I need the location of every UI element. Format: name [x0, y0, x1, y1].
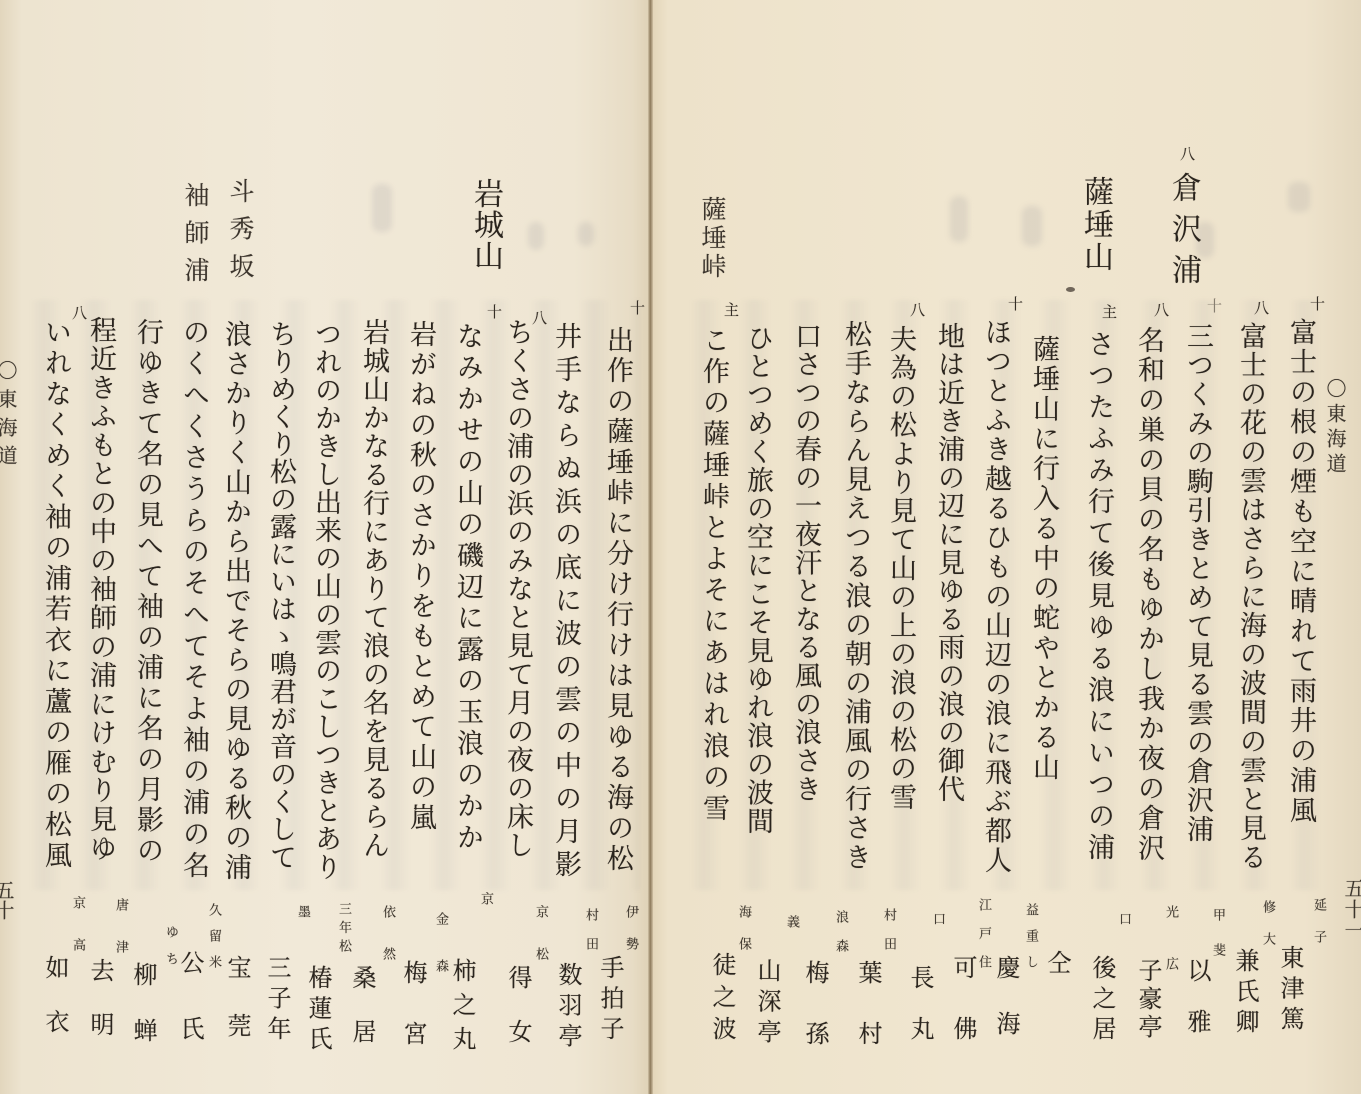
place-heading-slope: 斗秀坂: [222, 178, 258, 278]
place-heading-sodeshi: 袖師浦: [177, 182, 213, 282]
bleed-through-mark: [1288, 182, 1310, 212]
poem-mark: [956, 300, 974, 318]
poet-note: 海保: [733, 905, 753, 950]
running-title-left: 〇東海道: [0, 360, 19, 465]
poet-note: ゆち: [160, 925, 180, 965]
poem-column: ちくさの浦の浜のみなと見て月の夜の床し: [497, 318, 537, 858]
bleed-through-mark: [950, 196, 968, 242]
poet-name: 去明: [84, 958, 116, 1036]
heading-mark: 八: [1178, 146, 1196, 164]
poet-name: 子豪亭: [1132, 958, 1164, 1038]
poet-name: 慶海: [990, 955, 1022, 1035]
poem-mark: 十: [628, 300, 646, 318]
poem-column: 松手ならん見えつる浪の朝の浦風の行さき: [835, 320, 875, 870]
ink-smudge: [1066, 287, 1075, 292]
poet-name: 可佛: [947, 955, 979, 1040]
book-gutter: [648, 0, 653, 1094]
poem-mark: [812, 300, 830, 318]
poet-note: 京: [475, 892, 495, 912]
poem-mark: [764, 300, 782, 318]
poet-name: 後之居: [1086, 955, 1118, 1040]
poet-note: 口: [927, 912, 947, 930]
poem-mark: 主: [1100, 304, 1118, 322]
poet-note: 久留米: [203, 903, 223, 968]
poet-note: 唐津: [110, 898, 130, 953]
poet-note: 修大: [1257, 900, 1277, 945]
poem-mark: 八: [908, 302, 926, 320]
poem-column: 夫為の松より見て山の上の浪の松の雪: [880, 325, 920, 810]
poet-name: 以雅: [1181, 958, 1213, 1033]
poet-name: 柿之丸: [446, 958, 478, 1050]
poet-note: 京松: [530, 905, 550, 960]
bleed-through-mark: [528, 222, 544, 250]
poet-note: 延子: [1308, 898, 1328, 943]
poet-name: 兼氏卿: [1229, 948, 1261, 1033]
place-heading-sattayama: 薩埵山: [1075, 176, 1115, 271]
place-heading-kurasawa: 倉沢浦: [1163, 172, 1203, 284]
bleed-through-mark: [372, 184, 392, 232]
poem-column: ほつとふき越るひもの山辺の浪に飛ぶ都人: [975, 318, 1015, 873]
poem-mark: [430, 300, 448, 318]
poet-note: 村田: [878, 908, 898, 950]
running-title-right: 〇東海道: [1322, 378, 1348, 473]
poem-column: 富士の花の雲はさらに海の波間の雲と見る: [1230, 322, 1270, 870]
poem-mark: 十: [1006, 296, 1024, 314]
poet-note: 墨: [292, 905, 312, 927]
poem-column: 地は近き浦の辺に見ゆる雨の浪の御代: [928, 322, 968, 802]
poem-column: 程近きふもとの中の袖師の浦にけむり見ゆ: [80, 316, 120, 861]
poet-name: 梅宮: [397, 960, 429, 1045]
poem-mark: 八: [1252, 300, 1270, 318]
poem-column: 行ゆきて名の見へて袖の浦に名の月影の: [127, 318, 167, 863]
poem-column: 三つくみの駒引きとめて見る雲の倉沢浦: [1177, 322, 1217, 842]
poem-column: 口さつの春の一夜汗となる風の浪さき: [785, 322, 825, 802]
poem-column: さつたふみ行て後見ゆる浪にいつの浦: [1078, 330, 1118, 860]
bleed-through-mark: [578, 222, 594, 246]
poet-name: 桑居: [346, 965, 378, 1043]
poem-mark: [290, 300, 308, 318]
poet-name: 徒之波: [706, 952, 738, 1040]
poem-column: 名和の巣の貝の名もゆかし我か夜の倉沢: [1128, 326, 1168, 861]
poet-note: [1060, 905, 1080, 925]
poet-name: 葉村: [852, 960, 884, 1045]
poet-note: 三年松: [333, 902, 353, 952]
poet-note: 京高: [67, 896, 87, 951]
poem-mark: [157, 300, 175, 318]
place-heading-iwakiyama: 岩城山: [465, 178, 505, 270]
bleed-through-mark: [1022, 206, 1042, 246]
poem-mark: [245, 300, 263, 318]
poet-note: 口: [1113, 912, 1133, 930]
poet-name: 柳蝉: [127, 962, 159, 1042]
poet-name: 椿蓮氏: [302, 965, 334, 1050]
poem-mark: [1050, 310, 1068, 328]
poet-name: 得女: [502, 965, 534, 1043]
poet-note: 甲斐: [1207, 908, 1227, 956]
page-number-right: 五十一: [1340, 878, 1361, 940]
poem-column: こ作の薩埵峠とよそにあはれ浪の雪: [693, 326, 733, 821]
place-heading-satta-pass: 薩埵峠: [694, 196, 730, 278]
poet-name: 宝莞: [221, 955, 253, 1037]
poem-column: 出作の薩埵峠に分け行けは見ゆる海の松: [597, 326, 637, 871]
poet-note: 依然: [377, 905, 397, 960]
poet-note: 益重し: [1020, 903, 1040, 968]
poet-name: 長丸: [904, 965, 936, 1040]
poet-note: 義: [781, 915, 801, 937]
poem-column: 富士の根の煙も空に晴れて雨井の浦風: [1280, 318, 1320, 823]
poem-mark: [580, 300, 598, 318]
poem-mark: [862, 300, 880, 318]
poem-column: 井手ならぬ浜の底に波の雲の中の月影: [545, 322, 585, 877]
poet-note: 伊勢: [620, 905, 640, 950]
poet-name: 数羽亭: [552, 962, 584, 1047]
poet-note: 金森: [430, 912, 450, 972]
poet-name: 仝: [1041, 950, 1073, 980]
poem-column: 岩がねの秋のさかりをもとめて山の嵐: [400, 320, 440, 830]
poet-name: 三子年: [261, 955, 293, 1040]
poet-note: [250, 905, 270, 925]
poem-mark: [335, 300, 353, 318]
poet-name: 手拍子: [594, 955, 626, 1040]
poem-column: いれなくめく袖の浦若衣に蘆の雁の松風: [35, 318, 75, 868]
poet-name: 山深亭: [751, 958, 783, 1043]
poem-mark: 十: [485, 304, 503, 322]
poem-column: 岩城山かなる行にありて浪の名を見るらん: [353, 318, 393, 858]
poem-mark: [382, 300, 400, 318]
poem-mark: 主: [722, 302, 740, 320]
poem-column: ちりめくり松の露にいはゝ鳴君が音のくして: [260, 320, 300, 870]
poem-mark: 十: [1308, 296, 1326, 314]
poem-column: 浪さかりく山から出でそらの見ゆる秋の浦: [215, 320, 255, 880]
poem-mark: 十: [1205, 298, 1223, 316]
poet-name: 梅孫: [799, 960, 831, 1045]
poem-mark: [202, 300, 220, 318]
poem-column: なみかせの山の磯辺に露の玉浪のかか: [447, 322, 487, 850]
poem-column: 薩埵山に行入る中の蛇やとかる山: [1023, 335, 1063, 780]
poet-note: 村田: [580, 908, 600, 950]
poem-mark: 八: [1152, 302, 1170, 320]
poem-column: つれのかきし出来の山の雲のこしつきとあり: [305, 320, 345, 880]
poet-note: 浪森: [830, 910, 850, 952]
poem-column: ひとつめく旅の空にこそ見ゆれ浪の波間: [737, 324, 777, 834]
poet-name: 如衣: [39, 955, 71, 1033]
poem-column: のくへくさうらのそへてそよ袖の浦の名: [173, 318, 213, 878]
poet-name: 東津篤: [1274, 945, 1306, 1030]
page-number-left: 五十: [0, 880, 16, 920]
